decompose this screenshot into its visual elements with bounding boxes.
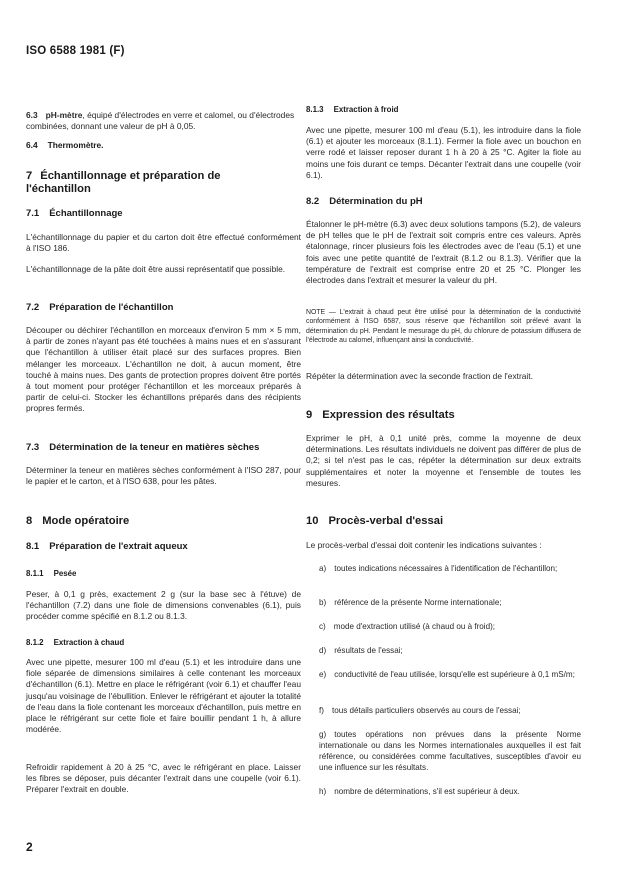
- section-title: Pesée: [54, 569, 77, 578]
- left-column: 6.3pH-mètre, équipé d'électrodes en verr…: [26, 110, 301, 132]
- section-number: 9: [306, 409, 312, 421]
- section-8-heading: 8Mode opératoire: [26, 515, 301, 528]
- section-title: Échantillonnage et préparation de l'écha…: [26, 170, 221, 195]
- paragraph: Le procès-verbal d'essai doit contenir l…: [306, 540, 581, 551]
- list-text: conductivité de l'eau utilisée, lorsqu'e…: [334, 670, 575, 679]
- paragraph: Déterminer la teneur en matières sèches …: [26, 465, 301, 487]
- section-9-heading: 9Expression des résultats: [306, 409, 581, 422]
- document-header: ISO 6588 1981 (F): [26, 45, 125, 57]
- section-number: 8.1.3: [306, 105, 324, 114]
- section-7-1-heading: 7.1Échantillonnage: [26, 208, 301, 219]
- section-number: 7.2: [26, 302, 39, 313]
- section-7-3-heading: 7.3Détermination de la teneur en matière…: [26, 442, 301, 453]
- section-number: 7.3: [26, 442, 39, 453]
- list-label: f): [319, 706, 324, 715]
- section-title: Préparation de l'extrait aqueux: [49, 541, 187, 552]
- list-label: c): [319, 622, 326, 631]
- note: NOTE — L'extrait à chaud peut être utili…: [306, 308, 581, 346]
- paragraph: L'échantillonnage du papier et du carton…: [26, 232, 301, 254]
- list-item: c)mode d'extraction utilisé (à chaud ou …: [306, 621, 581, 632]
- section-6-3: 6.3pH-mètre, équipé d'électrodes en verr…: [26, 110, 301, 132]
- paragraph: Découper ou déchirer l'échantillon en mo…: [26, 325, 301, 415]
- paragraph: L'échantillonnage de la pâte doit être a…: [26, 264, 301, 275]
- section-title: Mode opératoire: [42, 515, 129, 527]
- page-number: 2: [26, 840, 33, 854]
- section-number: 8.1: [26, 541, 39, 552]
- section-number: 7.1: [26, 208, 39, 219]
- paragraph: Peser, à 0,1 g près, exactement 2 g (sur…: [26, 589, 301, 623]
- section-title: Procès-verbal d'essai: [328, 515, 443, 527]
- paragraph: Étalonner le pH-mètre (6.3) avec deux so…: [306, 219, 581, 286]
- list-item: d)résultats de l'essai;: [306, 645, 581, 656]
- list-text: mode d'extraction utilisé (à chaud ou à …: [334, 622, 495, 631]
- list-label: d): [319, 646, 326, 655]
- section-8-2-heading: 8.2Détermination du pH: [306, 196, 581, 207]
- section-title: Échantillonnage: [49, 208, 122, 219]
- section-title: Extraction à chaud: [54, 638, 125, 647]
- section-title: Extraction à froid: [334, 105, 399, 114]
- list-text: tous détails particuliers observés au co…: [332, 706, 521, 715]
- section-title: Détermination de la teneur en matières s…: [49, 442, 259, 453]
- paragraph: Répéter la détermination avec la seconde…: [306, 371, 581, 382]
- section-title: Préparation de l'échantillon: [49, 302, 173, 313]
- section-8-1-heading: 8.1Préparation de l'extrait aqueux: [26, 541, 301, 552]
- paragraph: Avec une pipette, mesurer 100 ml d'eau (…: [306, 125, 581, 181]
- section-number: 6.3: [26, 110, 38, 121]
- paragraph: Avec une pipette, mesurer 100 ml d'eau (…: [26, 657, 301, 735]
- term: pH-mètre: [46, 110, 83, 120]
- section-7-heading: 7Échantillonnage et préparation de l'éch…: [26, 170, 266, 195]
- list-label: b): [319, 598, 326, 607]
- section-8-1-3-heading: 8.1.3Extraction à froid: [306, 105, 581, 114]
- section-number: 8.1.1: [26, 569, 44, 578]
- section-8-1-2-heading: 8.1.2Extraction à chaud: [26, 638, 301, 647]
- section-10-heading: 10Procès-verbal d'essai: [306, 515, 581, 528]
- section-title: Thermomètre.: [48, 140, 104, 150]
- list-label: h): [319, 787, 326, 796]
- paragraph: Refroidir rapidement à 20 à 25 °C, avec …: [26, 762, 301, 796]
- section-number: 8.1.2: [26, 638, 44, 647]
- section-8-1-1-heading: 8.1.1Pesée: [26, 569, 301, 578]
- list-item: g)toutes opérations non prévues dans la …: [306, 729, 581, 773]
- list-text: toutes opérations non prévues dans la pr…: [319, 730, 581, 772]
- section-title: Expression des résultats: [322, 409, 454, 421]
- section-number: 8.2: [306, 196, 319, 207]
- section-title: Détermination du pH: [329, 196, 422, 207]
- section-number: 8: [26, 515, 32, 527]
- section-7-2-heading: 7.2Préparation de l'échantillon: [26, 302, 301, 313]
- section-number: 10: [306, 515, 318, 527]
- section-6-4: 6.4Thermomètre.: [26, 140, 301, 150]
- list-label: g): [319, 730, 326, 739]
- list-item: a)toutes indications nécessaires à l'ide…: [306, 563, 581, 574]
- list-item: b)référence de la présente Norme interna…: [306, 597, 581, 608]
- list-item: e)conductivité de l'eau utilisée, lorsqu…: [306, 669, 581, 680]
- list-text: nombre de déterminations, s'il est supér…: [334, 787, 520, 796]
- list-label: a): [319, 564, 326, 573]
- section-number: 7: [26, 170, 32, 182]
- list-item: h)nombre de déterminations, s'il est sup…: [306, 786, 581, 797]
- list-label: e): [319, 670, 326, 679]
- paragraph: Exprimer le pH, à 0,1 unité près, comme …: [306, 433, 581, 489]
- section-number: 6.4: [26, 140, 38, 150]
- list-text: toutes indications nécessaires à l'ident…: [334, 564, 557, 573]
- list-text: référence de la présente Norme internati…: [334, 598, 501, 607]
- list-item: f)tous détails particuliers observés au …: [306, 705, 581, 716]
- list-text: résultats de l'essai;: [334, 646, 403, 655]
